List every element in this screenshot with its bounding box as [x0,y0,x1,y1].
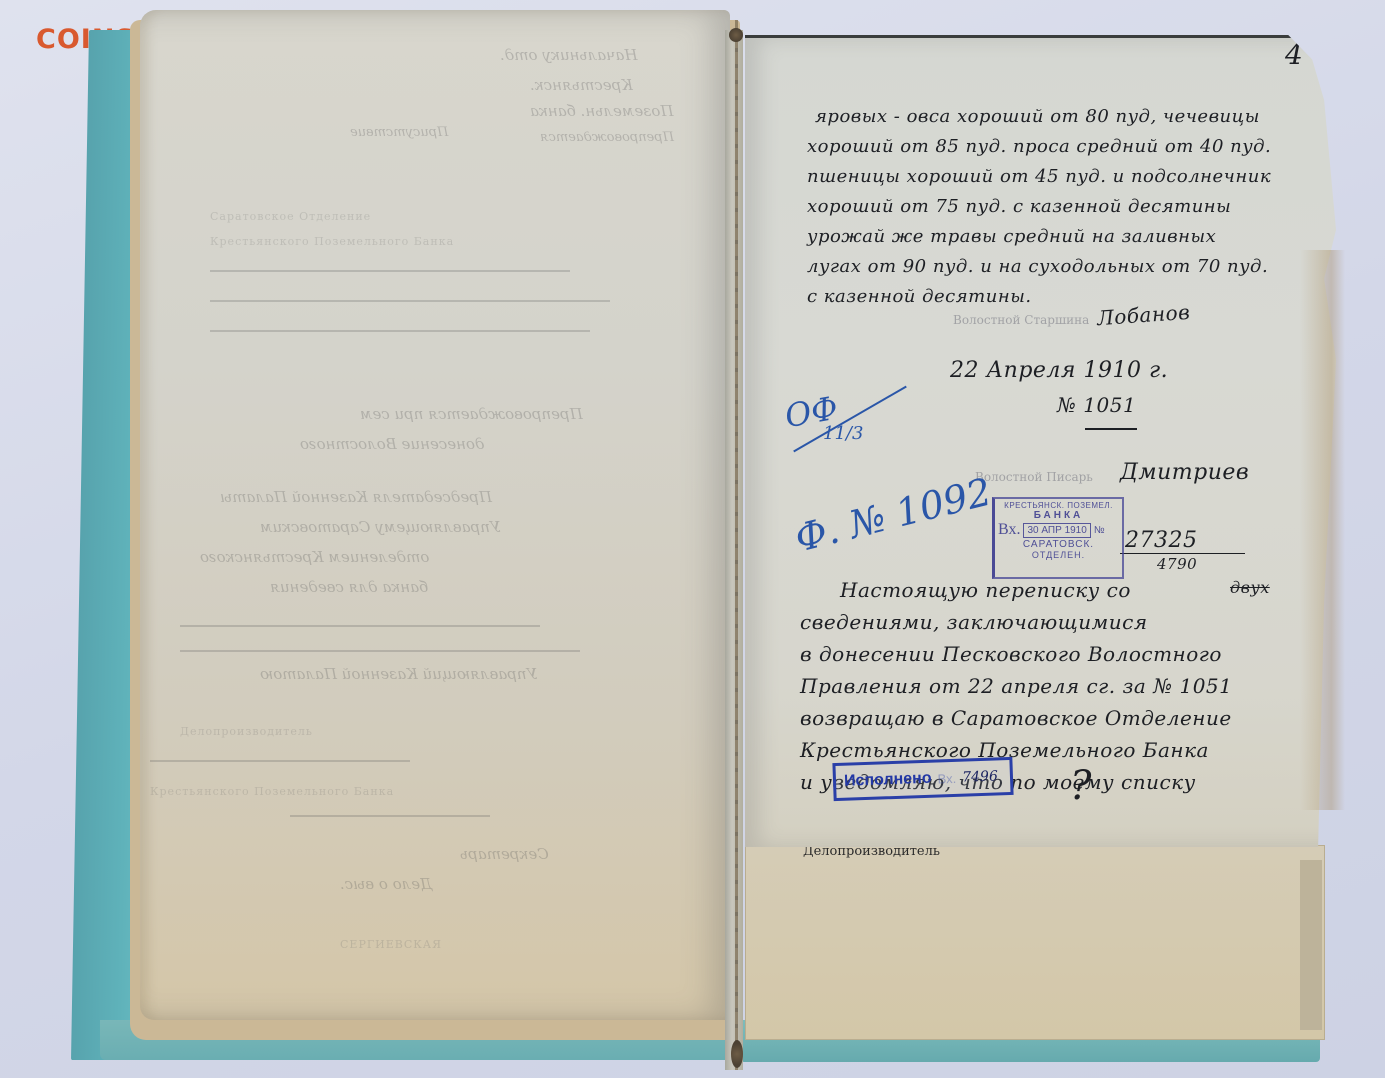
resolution-line: в донесении Песковского Волостного [800,642,1222,666]
execution-stamp-number: 7496 [962,768,998,785]
bleed-line: Секретарь [460,845,549,863]
bleed-line: Председателя Казенной Палаты [220,488,492,506]
resolution-line: Настоящую переписку со [840,578,1131,602]
body-line: яровых - овса хороший от 80 пуд, чечевиц… [815,106,1260,127]
bleed-line: Препровождается при сем [360,405,583,423]
body-line: с казенной десятины. [807,286,1032,307]
faint-print: Делопроизводитель [180,725,313,738]
faint-print: Крестьянского Поземельного Банка [150,785,394,798]
body-line: хороший от 75 пуд. с казенной десятины [807,196,1231,217]
body-line: хороший от 85 пуд. проса средний от 40 п… [807,136,1271,157]
faint-print: Крестьянского Поземельного Банка [210,235,454,248]
number-underline [1085,428,1137,430]
faint-rule [180,650,580,652]
faint-rule [210,270,570,272]
stamp-line: БАНКА [995,510,1122,521]
bleed-line: Начальнику отд. [500,46,638,64]
blue-pencil-resolution-date: 11/3 [823,423,863,444]
book-spine [725,30,743,1070]
stamp-line: САРАТОВСК. [995,539,1122,550]
blue-pencil-reference: Ф. № 1092 [791,469,996,560]
left-page: Начальнику отд. Крестьянск. Поземельн. б… [140,10,730,1020]
faint-rule [290,815,490,817]
page-number: 4 [1285,38,1303,71]
printed-title-clerk: Волостной Писарь [975,470,1093,484]
stamp-date-row: Вх. 30 АПР 1910 № [995,521,1122,539]
bleed-line: банка для сведения [270,578,428,596]
execution-stamp-faded: Вх. [937,770,956,786]
resolution-line: возвращаю в Саратовское Отделение [800,706,1232,730]
bleed-line: Управляющему Саратовским [260,518,501,536]
faint-print: СЕРГИЕВСКАЯ [340,938,442,951]
resolution-line: сведениями, заключающимися [800,610,1148,634]
incoming-number-rule [1120,553,1245,554]
strikethrough-word: двух [1230,578,1270,597]
incoming-number: 27325 [1125,528,1198,553]
under-sheet: Делопроизводитель [745,845,1325,1040]
faint-rule [180,625,540,627]
faint-rule [150,760,410,762]
bank-received-stamp: КРЕСТЬЯНСК. ПОЗЕМЕЛ. БАНКА Вх. 30 АПР 19… [992,497,1124,579]
body-line: лугах от 90 пуд. и на суходольных от 70 … [807,256,1268,277]
stamp-line: ОТДЕЛЕН. [995,550,1122,560]
body-line: пшеницы хороший от 45 пуд. и подсолнечни… [807,166,1271,187]
execution-stamp-label: Исполнено [844,770,932,791]
resolution-text: Настоящую переписку со [840,578,1131,602]
execution-stamp: Исполнено Вх. 7496 [832,757,1013,801]
signature-clerk: Дмитриев [1120,460,1249,485]
binding-knot [731,1040,743,1068]
binding-knot [729,28,743,42]
faint-print: Саратовское Отделение [210,210,371,223]
stamp-date: 30 АПР 1910 [1023,523,1090,538]
incoming-sub-number: 4790 [1157,555,1197,573]
stamp-prefix: Вх. [998,521,1020,539]
stamp-number-label: № [1094,525,1105,536]
bleed-line: Поземельн. банка [530,102,674,120]
bleed-line: Препровождается [540,130,674,145]
faint-rule [210,300,610,302]
closing-mark: ? [1070,763,1092,809]
bleed-line: отделением Крестьянского [200,548,429,566]
bleed-line: Крестьянск. [530,76,633,94]
under-sheet-edge [1300,860,1322,1030]
resolution-line: Правления от 22 апреля сг. за № 1051 [800,674,1232,698]
binding-thread [735,20,738,1070]
signature-elder: Лобанов [1096,300,1191,330]
stamp-line: КРЕСТЬЯНСК. ПОЗЕМЕЛ. [995,501,1122,510]
bleed-line: донесение Волостного [300,435,485,453]
document-number: № 1051 [1057,393,1136,417]
bleed-line: Дело о выс. [340,875,432,893]
bleed-line: Присутствие [350,125,448,140]
right-page: 4 яровых - овса хороший от 80 пуд, чечев… [745,35,1342,847]
faint-rule [210,330,590,332]
document-date: 22 Апреля 1910 г. [950,358,1168,383]
body-line: урожай же травы средний на заливных [807,226,1216,247]
printed-title-elder: Волостной Старшина [953,313,1089,327]
bleed-line: Управляющий Казенной Палатою [260,665,537,683]
